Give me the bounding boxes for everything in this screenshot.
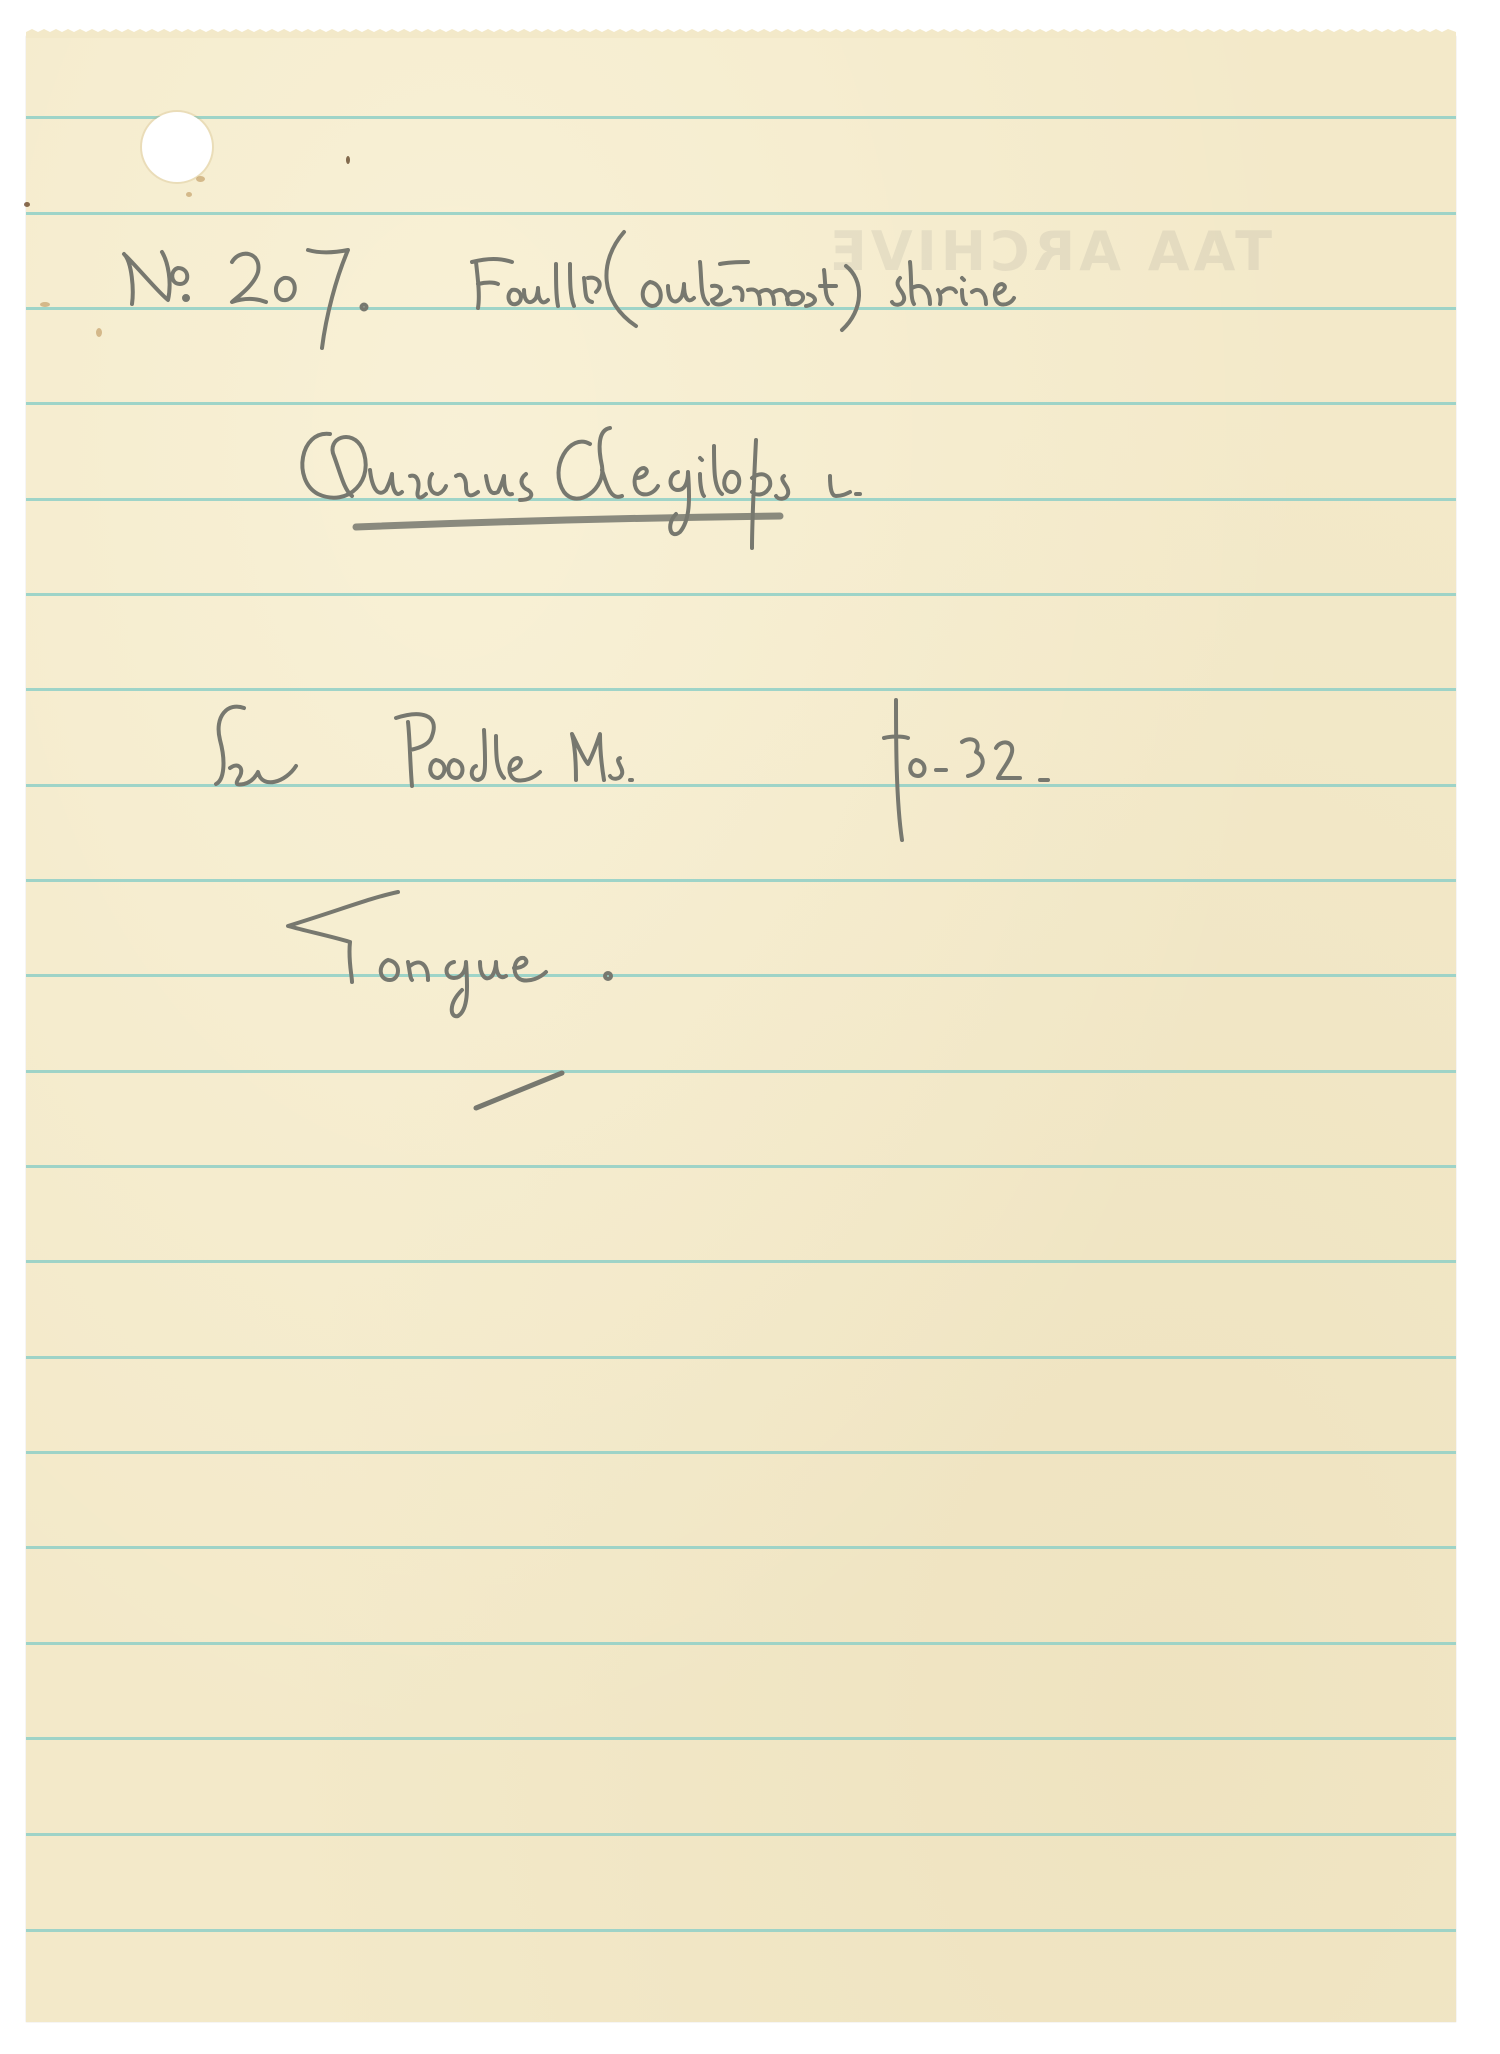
punch-hole <box>142 112 212 182</box>
line-5-text: — <box>475 1070 565 1110</box>
ruled-line <box>26 688 1456 691</box>
ruled-line <box>26 1929 1456 1932</box>
ruled-line <box>26 974 1456 977</box>
ruled-line <box>26 116 1456 119</box>
ruled-line <box>26 593 1456 596</box>
ruled-line <box>26 1260 1456 1263</box>
ruled-line <box>26 1070 1456 1073</box>
ruled-line <box>26 212 1456 215</box>
ruled-line <box>26 1451 1456 1454</box>
ruled-line <box>26 879 1456 882</box>
serrated-top-edge <box>26 28 1456 38</box>
ruled-line <box>26 1642 1456 1645</box>
ruled-line <box>26 1833 1456 1836</box>
foxing-stain <box>40 302 50 307</box>
ruled-line <box>26 1356 1456 1359</box>
ruled-line <box>26 1546 1456 1549</box>
foxing-stain <box>196 176 205 182</box>
note-sheet: TAA ARCHIVE <box>26 36 1456 2022</box>
line-2-text: Quercus Aegilops L. <box>300 420 860 530</box>
foxing-stain <box>346 156 350 164</box>
foxing-stain <box>96 328 102 337</box>
ruled-line <box>26 1165 1456 1168</box>
line-3-text: See Boodle MS. fo-32. <box>212 700 1052 790</box>
foxing-stain <box>24 202 30 207</box>
line-1-text: No 207. Fourth (outermost) shrine <box>120 246 1320 316</box>
foxing-stain <box>186 192 192 197</box>
ruled-line <box>26 1737 1456 1740</box>
ruled-line <box>26 402 1456 405</box>
line-4-text: Tongue. <box>285 890 615 985</box>
